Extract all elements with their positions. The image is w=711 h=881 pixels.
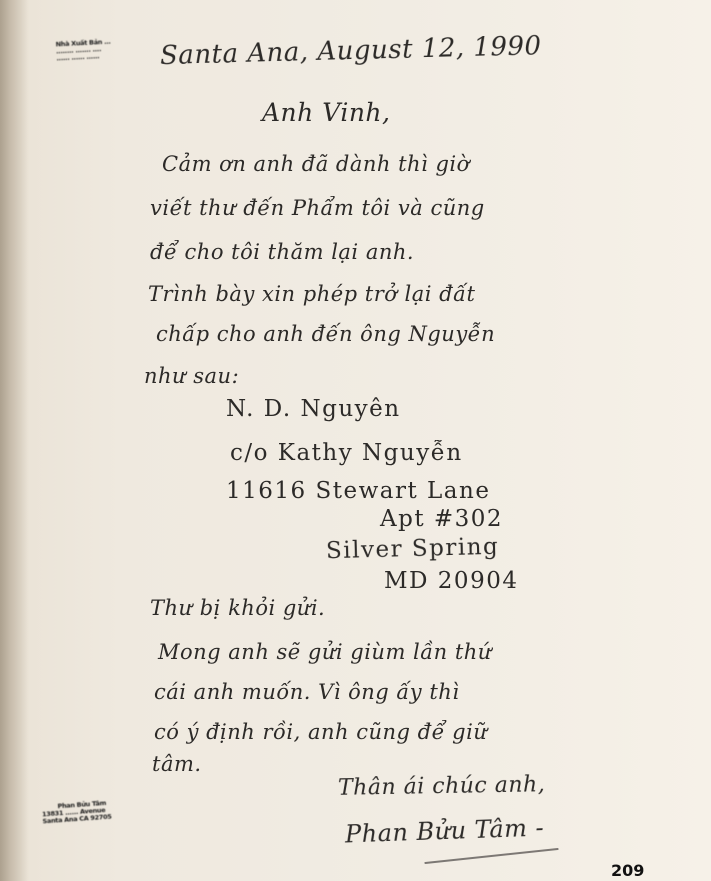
page-number: 209 <box>611 861 644 880</box>
signature-underline <box>424 848 558 864</box>
address-line: 11616 Stewart Lane <box>226 478 490 504</box>
address-line: MD 20904 <box>384 568 518 594</box>
book-page: Nhà Xuất Bản ... ........ ....... .... .… <box>0 0 711 881</box>
letter-closing: Thân ái chúc anh, <box>338 772 546 801</box>
postscript-line: Thư bị khỏi gửi. <box>150 596 325 620</box>
address-line: N. D. Nguyên <box>226 396 401 422</box>
postscript-line: Mong anh sẽ gửi giùm lần thứ <box>158 640 492 664</box>
letter-body-line: chấp cho anh đến ông Nguyễn <box>156 322 495 346</box>
postscript-line: tâm. <box>152 752 202 776</box>
letter-signature: Phan Bửu Tâm - <box>345 814 545 849</box>
letterhead-stamp-top: Nhà Xuất Bản ... ........ ....... .... .… <box>56 39 112 62</box>
book-spine-shadow <box>0 0 28 881</box>
address-line: Silver Spring <box>326 534 500 565</box>
address-line: Apt #302 <box>380 506 503 532</box>
letter-body-line: để cho tôi thăm lại anh. <box>150 240 414 264</box>
address-line: c/o Kathy Nguyễn <box>230 440 463 466</box>
letter-body-line: viết thư đến Phẩm tôi và cũng <box>150 196 485 220</box>
letter-salutation: Anh Vinh, <box>262 98 390 127</box>
postscript-line: có ý định rồi, anh cũng để giữ <box>154 720 487 744</box>
letter-body-line: Trình bày xin phép trở lại đất <box>148 282 475 306</box>
letter-body-line: như sau: <box>144 364 239 388</box>
postscript-line: cái anh muốn. Vì ông ấy thì <box>154 680 460 704</box>
stamp-line: ...... ...... ...... <box>56 52 111 62</box>
sender-address-stamp: Phan Bửu Tâm 13831 ...... Avenue Santa A… <box>41 800 111 825</box>
letter-dateline: Santa Ana, August 12, 1990 <box>160 31 542 71</box>
letter-body-line: Cảm ơn anh đã dành thì giờ <box>162 152 470 176</box>
